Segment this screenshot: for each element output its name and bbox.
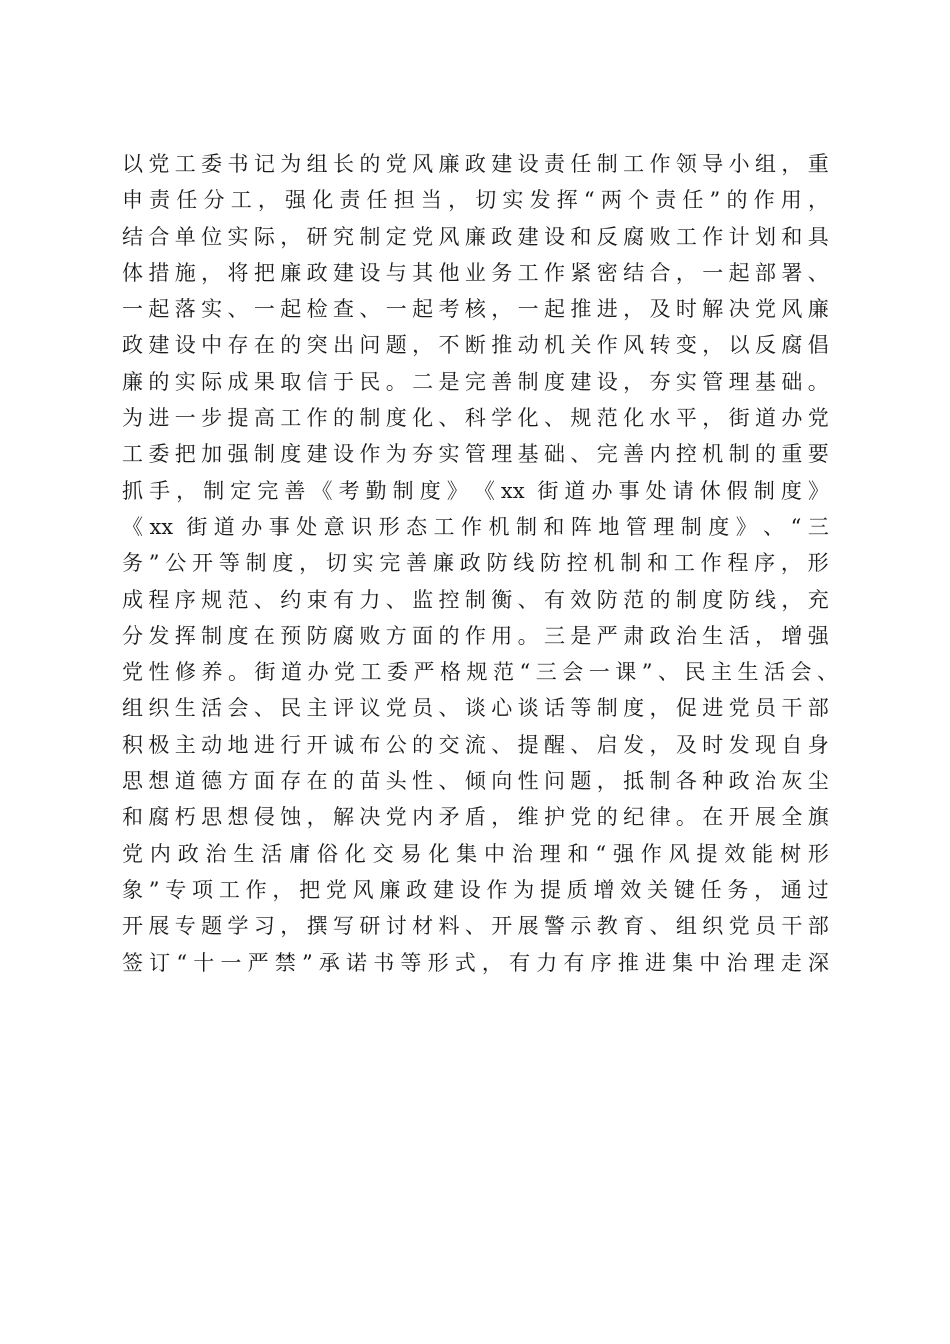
text-line: 组织生活会、民主评议党员、谈心谈话等制度，促进党员干部	[122, 690, 829, 726]
text-line: 以党工委书记为组长的党风廉政建设责任制工作领导小组，重	[122, 146, 829, 182]
text-line: 思想道德方面存在的苗头性、倾向性问题，抵制各种政治灰尘	[122, 763, 829, 799]
text-line: 签订“十一严禁”承诺书等形式，有力有序推进集中治理走深	[122, 945, 829, 981]
text-line: 为进一步提高工作的制度化、科学化、规范化水平，街道办党	[122, 400, 829, 436]
text-line: 党内政治生活庸俗化交易化集中治理和“强作风提效能树形	[122, 836, 829, 872]
text-line: 抓手，制定完善《考勤制度》《xx 街道办事处请休假制度》	[122, 473, 829, 509]
text-line: 党性修养。街道办党工委严格规范“三会一课”、民主生活会、	[122, 654, 838, 690]
text-line: 象”专项工作，把党风廉政建设作为提质增效关键任务，通过	[122, 872, 829, 908]
text-line: 和腐朽思想侵蚀，解决党内矛盾，维护党的纪律。在开展全旗	[122, 799, 829, 835]
text-line: 一起落实、一起检查、一起考核，一起推进，及时解决党风廉	[122, 291, 829, 327]
text-line: 工委把加强制度建设作为夯实管理基础、完善内控机制的重要	[122, 436, 829, 472]
body-paragraph: 以党工委书记为组长的党风廉政建设责任制工作领导小组，重 申责任分工，强化责任担当…	[122, 146, 829, 981]
text-line: 开展专题学习，撰写研讨材料、开展警示教育、组织党员干部	[122, 908, 829, 944]
text-line: 结合单位实际，研究制定党风廉政建设和反腐败工作计划和具	[122, 219, 829, 255]
text-line: 申责任分工，强化责任担当，切实发挥“两个责任”的作用，	[122, 182, 829, 218]
text-line: 分发挥制度在预防腐败方面的作用。三是严肃政治生活，增强	[122, 618, 829, 654]
document-page: 以党工委书记为组长的党风廉政建设责任制工作领导小组，重 申责任分工，强化责任担当…	[0, 0, 950, 1344]
text-line: 体措施，将把廉政建设与其他业务工作紧密结合，一起部署、	[122, 255, 829, 291]
text-line: 廉的实际成果取信于民。二是完善制度建设，夯实管理基础。	[122, 364, 829, 400]
text-line: 《xx 街道办事处意识形态工作机制和阵地管理制度》、“三	[122, 509, 829, 545]
text-line: 积极主动地进行开诚布公的交流、提醒、启发，及时发现自身	[122, 727, 829, 763]
text-line: 成程序规范、约束有力、监控制衡、有效防范的制度防线，充	[122, 582, 829, 618]
text-line: 务”公开等制度，切实完善廉政防线防控机制和工作程序，形	[122, 545, 829, 581]
text-line: 政建设中存在的突出问题，不断推动机关作风转变，以反腐倡	[122, 327, 829, 363]
